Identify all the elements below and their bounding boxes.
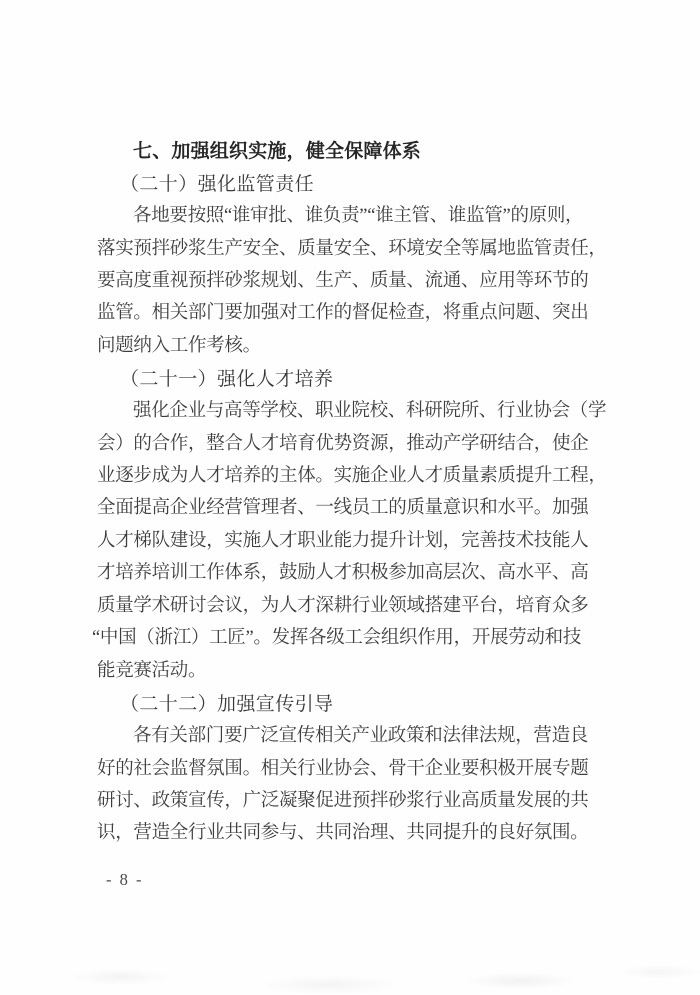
paragraph-line: 各地要按照“谁审批、谁负责”“谁主管、谁监管”的原则， <box>97 207 583 226</box>
paragraph-line: 识，营造全行业共同参与、共同治理、共同提升的良好氛围。 <box>97 824 588 843</box>
paragraph-line: 人才梯队建设，实施人才职业能力提升计划，完善技术技能人 <box>97 532 588 551</box>
page-number: - 8 - <box>106 872 144 889</box>
section-title: （二十二）加强宣传引导 <box>120 695 333 714</box>
paragraph-line: 全面提高企业经营管理者、一线员工的质量意识和水平。加强 <box>97 499 588 518</box>
paragraph-line: 问题纳入工作考核。 <box>97 337 261 356</box>
section-title: （二十一）强化人才培养 <box>120 370 333 389</box>
paragraph-line: “中国（浙江）工匠”。发挥各级工会组织作用，开展劳动和技 <box>92 629 581 648</box>
paragraph-line: 落实预拌砂浆生产安全、质量安全、环境安全等属地监管责任， <box>97 240 607 259</box>
paragraph-line: 会）的合作，整合人才培育优势资源，推动产学研结合，使企 <box>97 435 588 454</box>
section-title: （二十）强化监管责任 <box>120 175 314 194</box>
paragraph-line: 要高度重视预拌砂浆规划、生产、质量、流通、应用等环节的 <box>97 272 588 291</box>
paragraph-line: 业逐步成为人才培养的主体。实施企业人才质量素质提升工程， <box>97 467 607 486</box>
scan-noise <box>0 947 700 995</box>
paragraph-line: 强化企业与高等学校、职业院校、科研院所、行业协会（学 <box>97 402 606 421</box>
paragraph-line: 研讨、政策宣传，广泛凝聚促进预拌砂浆行业高质量发展的共 <box>97 792 588 811</box>
paragraph-line: 好的社会监督氛围。相关行业协会、骨干企业要积极开展专题 <box>97 760 588 779</box>
document-heading: 七、加强组织实施，健全保障体系 <box>133 142 421 161</box>
paragraph-line: 能竞赛活动。 <box>97 662 206 681</box>
document-page: 七、加强组织实施，健全保障体系 （二十）强化监管责任 各地要按照“谁审批、谁负责… <box>0 0 700 995</box>
paragraph-line: 监管。相关部门要加强对工作的督促检查，将重点问题、突出 <box>97 304 588 323</box>
paragraph-line: 质量学术研讨会议，为人才深耕行业领域搭建平台，培育众多 <box>97 597 588 616</box>
paragraph-line: 才培养培训工作体系，鼓励人才积极参加高层次、高水平、高 <box>97 564 588 583</box>
paragraph-line: 各有关部门要广泛宣传相关产业政策和法律法规，营造良 <box>97 727 588 746</box>
